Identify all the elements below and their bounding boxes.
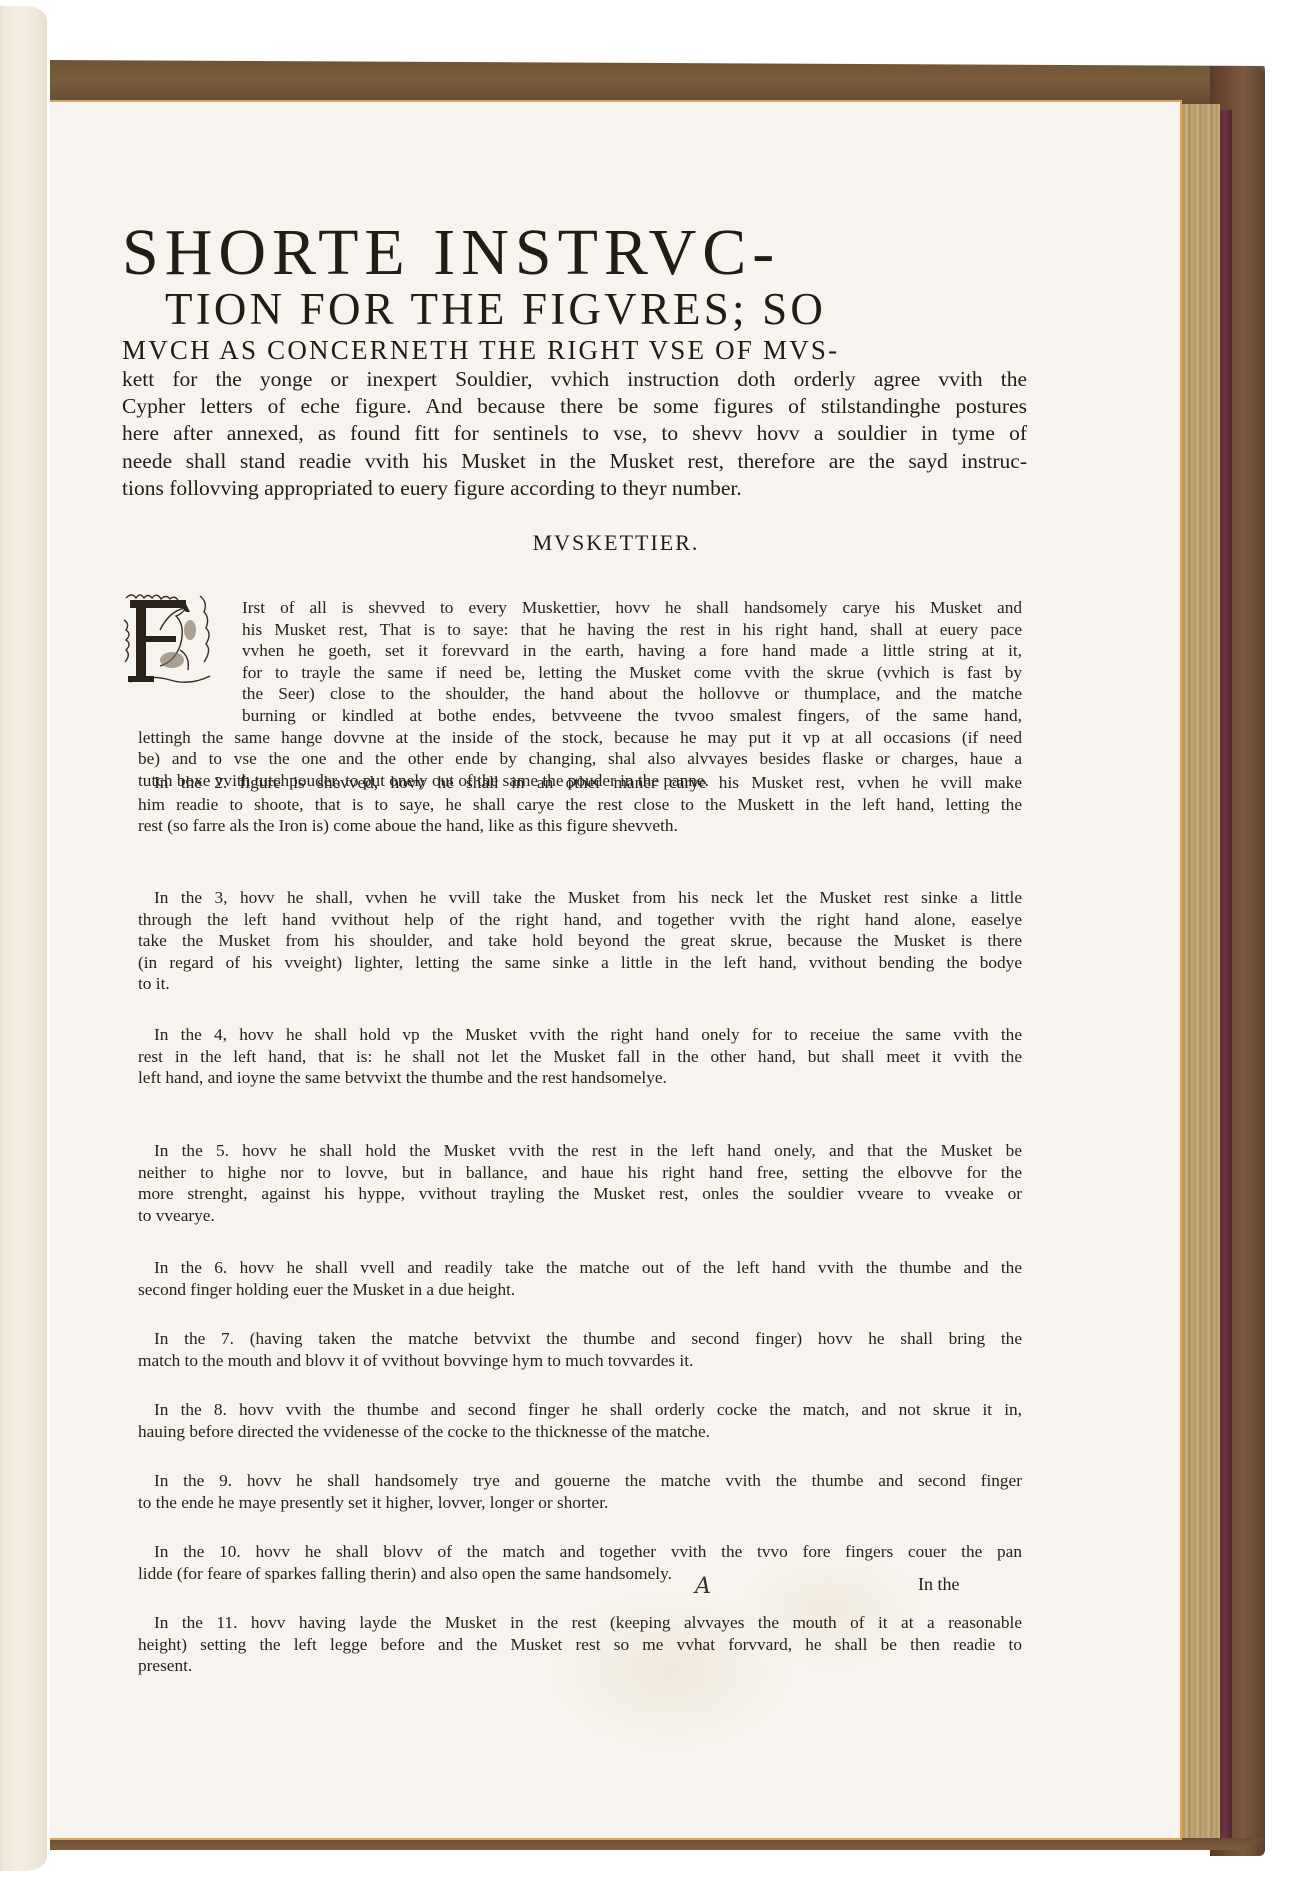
text-line: rest (so farre als the Iron is) come abo… <box>138 815 1022 837</box>
paragraph-6: In the 6. hovv he shall vvell and readil… <box>138 1257 1022 1300</box>
text-line: lidde (for feare of sparkes falling ther… <box>138 1563 1022 1585</box>
text-line: vvhen he goeth, set it forevvard in the … <box>138 640 1022 662</box>
paragraph-10: In the 10. hovv he shall blovv of the ma… <box>138 1541 1022 1584</box>
paragraph-5: In the 5. hovv he shall hold the Musket … <box>138 1140 1022 1226</box>
intro-line: Cypher letters of eche figure. And becau… <box>122 393 1027 420</box>
paragraph-7: In the 7. (having taken the matche betvv… <box>138 1328 1022 1371</box>
text-line: match to the mouth and blovv it of vvith… <box>138 1350 1022 1372</box>
text-line: In the 2. figure is shevved, hovv he sha… <box>138 772 1022 794</box>
paragraph-11: In the 11. hovv having layde the Musket … <box>138 1612 1022 1677</box>
intro-line: here after annexed, as found fitt for se… <box>122 420 1027 447</box>
paragraph-4: In the 4, hovv he shall hold vp the Musk… <box>138 1024 1022 1089</box>
text-line: rest in the left hand, that is: he shall… <box>138 1046 1022 1068</box>
text-line: In the 4, hovv he shall hold vp the Musk… <box>138 1024 1022 1046</box>
paragraph-1: Irst of all is shevved to every Musketti… <box>138 597 1022 791</box>
text-line: In the 9. hovv he shall handsomely trye … <box>138 1470 1022 1492</box>
intro-line: neede shall stand readie vvith his Muske… <box>122 448 1027 475</box>
paragraph-2: In the 2. figure is shevved, hovv he sha… <box>138 772 1022 837</box>
text-line: In the 10. hovv he shall blovv of the ma… <box>138 1541 1022 1563</box>
text-line: In the 11. hovv having layde the Musket … <box>138 1612 1022 1634</box>
text-line: second finger holding euer the Musket in… <box>138 1279 1022 1301</box>
text-line: present. <box>138 1655 1022 1677</box>
text-line: lettingh the same hange dovvne at the in… <box>138 727 1022 749</box>
title-line-1: SHORTE INSTRVC- <box>122 220 992 286</box>
text-line: his Musket rest, That is to saye: that h… <box>138 619 1022 641</box>
title-continuation: kett for the yonge or inexpert Souldier,… <box>122 366 1027 502</box>
book-page: SHORTE INSTRVC- TION FOR THE FIGVRES; SO… <box>50 100 1182 1840</box>
text-line: the Seer) close to the shoulder, the han… <box>138 683 1022 705</box>
title-line-2: TION FOR THE FIGVRES; SO <box>165 286 995 332</box>
text-line: to vvearye. <box>138 1205 1022 1227</box>
text-line: (in regard of his vveight) lighter, lett… <box>138 952 1022 974</box>
intro-line: tions follovving appropriated to euery f… <box>122 475 1027 502</box>
paragraph-8: In the 8. hovv vvith the thumbe and seco… <box>138 1399 1022 1442</box>
title-line-3: MVCH AS CONCERNETH THE RIGHT VSE OF MVS- <box>122 336 1022 364</box>
text-line: In the 3, hovv he shall, vvhen he vvill … <box>138 887 1022 909</box>
text-line: for to trayle the same if need be, letti… <box>138 662 1022 684</box>
text-line: take the Musket from his shoulder, and t… <box>138 930 1022 952</box>
left-page-shadow <box>0 6 2 1871</box>
text-line: hauing before directed the vvidenesse of… <box>138 1421 1022 1443</box>
text-line: Irst of all is shevved to every Musketti… <box>138 597 1022 619</box>
page-content: SHORTE INSTRVC- TION FOR THE FIGVRES; SO… <box>50 100 1182 1840</box>
endband <box>1218 110 1232 1840</box>
text-line: left hand, and ioyne the same betvvixt t… <box>138 1067 1022 1089</box>
text-line: In the 7. (having taken the matche betvv… <box>138 1328 1022 1350</box>
text-line: burning or kindled at bothe endes, betvv… <box>138 705 1022 727</box>
text-line: In the 5. hovv he shall hold the Musket … <box>138 1140 1022 1162</box>
text-line: through the left hand vvithout help of t… <box>138 909 1022 931</box>
text-line: In the 6. hovv he shall vvell and readil… <box>138 1257 1022 1279</box>
intro-line: kett for the yonge or inexpert Souldier,… <box>122 366 1027 393</box>
text-line: him readie to shoote, that is to saye, h… <box>138 794 1022 816</box>
text-line: to it. <box>138 973 1022 995</box>
gilt-page-edges <box>1182 104 1220 1844</box>
text-line: In the 8. hovv vvith the thumbe and seco… <box>138 1399 1022 1421</box>
catchword: In the <box>918 1574 959 1595</box>
text-line: to the ende he maye presently set it hig… <box>138 1492 1022 1514</box>
text-line: height) setting the left legge before an… <box>138 1634 1022 1656</box>
paragraph-3: In the 3, hovv he shall, vvhen he vvill … <box>138 887 1022 995</box>
paragraph-9: In the 9. hovv he shall handsomely trye … <box>138 1470 1022 1513</box>
section-heading: MVSKETTIER. <box>50 530 1182 556</box>
signature-mark: A <box>695 1574 711 1599</box>
text-line: more strenght, against his hyppe, vvitho… <box>138 1183 1022 1205</box>
text-line: be) and to vse the one and the other end… <box>138 748 1022 770</box>
text-line: neither to highe nor to lovve, but in ba… <box>138 1162 1022 1184</box>
left-facing-page-edge <box>0 6 47 1871</box>
